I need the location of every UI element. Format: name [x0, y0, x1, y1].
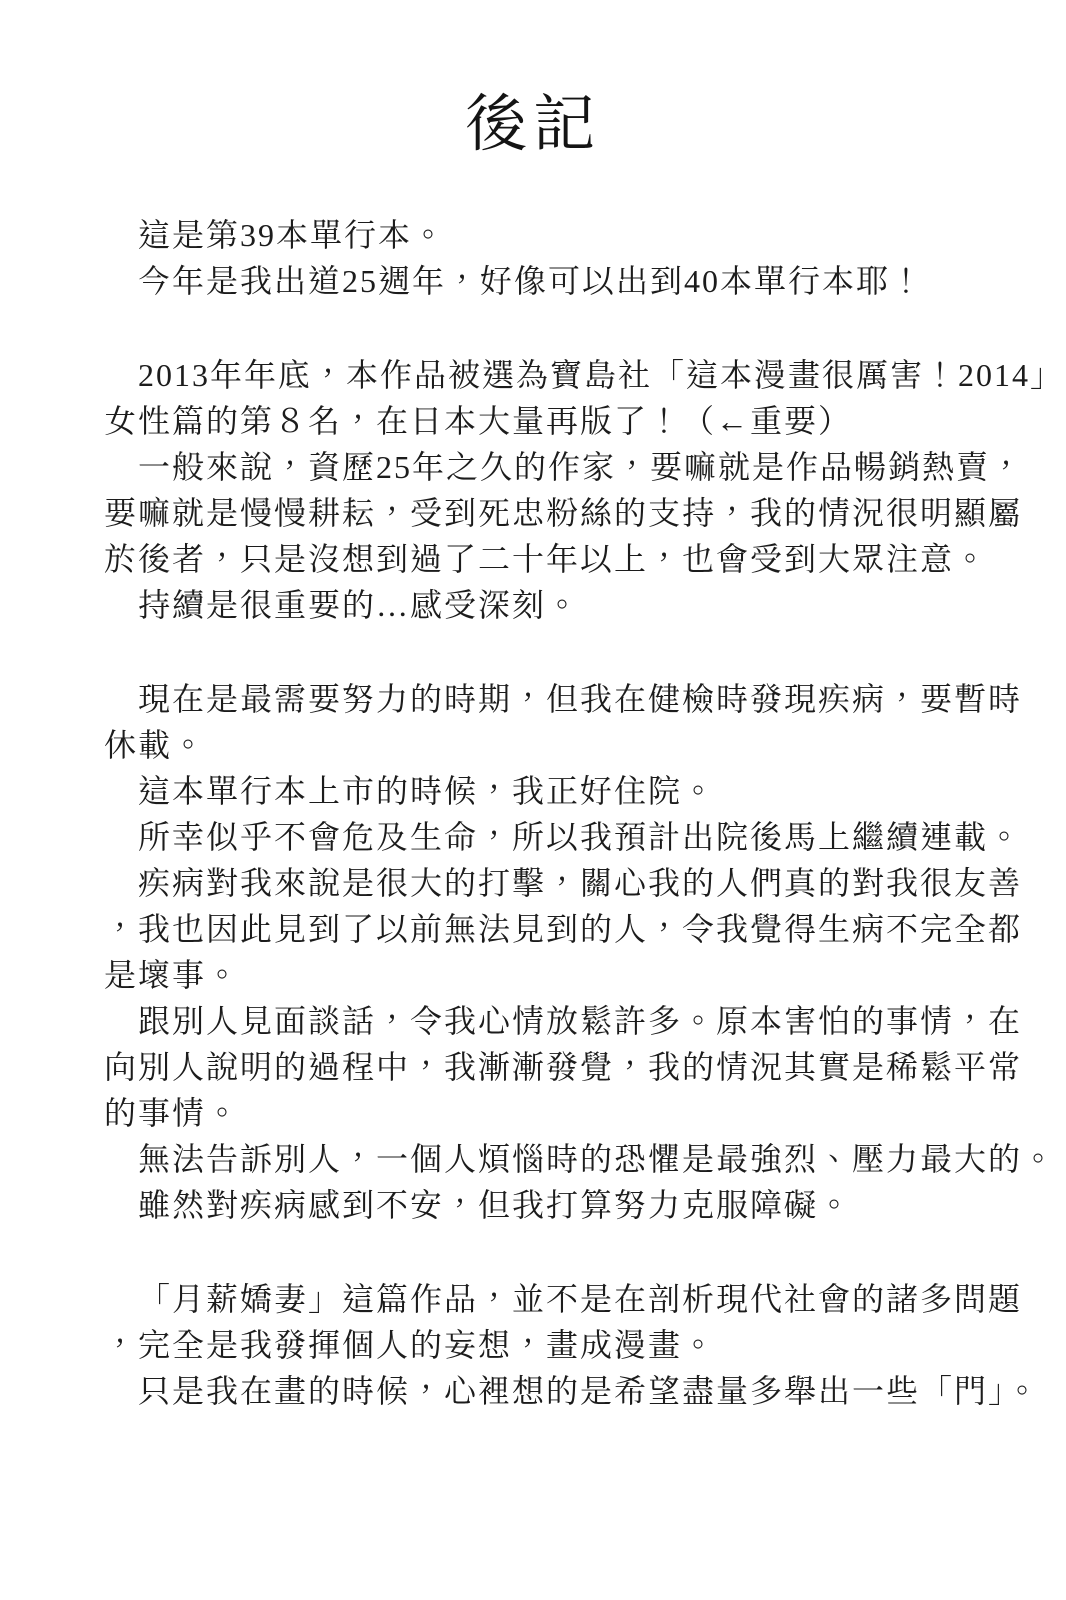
text-line: 這是第39本單行本。: [104, 212, 1030, 258]
text-line: 要嘛就是慢慢耕耘，受到死忠粉絲的支持，我的情況很明顯屬: [104, 490, 1030, 536]
text-line: 現在是最需要努力的時期，但我在健檢時發現疾病，要暫時: [104, 676, 1030, 722]
text-line: 疾病對我來說是很大的打擊，關心我的人們真的對我很友善: [104, 860, 1030, 906]
paragraph-block-2: 2013年年底，本作品被選為寶島社「這本漫畫很厲害！2014」 女性篇的第８名，…: [104, 352, 1030, 628]
text-line: 雖然對疾病感到不安，但我打算努力克服障礙。: [104, 1182, 1030, 1228]
text-line: 跟別人見面談話，令我心情放鬆許多。原本害怕的事情，在: [104, 998, 1030, 1044]
text-line: 休載。: [104, 722, 1030, 768]
text-line: 「月薪嬌妻」這篇作品，並不是在剖析現代社會的諸多問題: [104, 1276, 1030, 1322]
paragraph-block-1: 這是第39本單行本。 今年是我出道25週年，好像可以出到40本單行本耶！: [104, 212, 1030, 304]
text-line: 無法告訴別人，一個人煩惱時的恐懼是最強烈、壓力最大的。: [104, 1136, 1030, 1182]
text-line: 是壞事。: [104, 952, 1030, 998]
text-line: 今年是我出道25週年，好像可以出到40本單行本耶！: [104, 258, 1030, 304]
text-line: 只是我在畫的時候，心裡想的是希望盡量多舉出一些「門」。: [104, 1368, 1030, 1414]
text-line: 這本單行本上市的時候，我正好住院。: [104, 768, 1030, 814]
text-line: 向別人說明的過程中，我漸漸發覺，我的情況其實是稀鬆平常: [104, 1044, 1030, 1090]
paragraph-block-3: 現在是最需要努力的時期，但我在健檢時發現疾病，要暫時 休載。 這本單行本上市的時…: [104, 676, 1030, 1228]
book-page: 後記 這是第39本單行本。 今年是我出道25週年，好像可以出到40本單行本耶！ …: [0, 0, 1066, 1600]
text-line: 持續是很重要的…感受深刻。: [104, 582, 1030, 628]
page-title: 後記: [0, 86, 1066, 164]
text-line: 於後者，只是沒想到過了二十年以上，也會受到大眾注意。: [104, 536, 1030, 582]
text-line: 女性篇的第８名，在日本大量再版了！（←重要）: [104, 398, 1030, 444]
text-line: 2013年年底，本作品被選為寶島社「這本漫畫很厲害！2014」: [104, 352, 1030, 398]
text-line: ，完全是我發揮個人的妄想，畫成漫畫。: [104, 1322, 1030, 1368]
text-line: 一般來說，資歷25年之久的作家，要嘛就是作品暢銷熱賣，: [104, 444, 1030, 490]
text-line: ，我也因此見到了以前無法見到的人，令我覺得生病不完全都: [104, 906, 1030, 952]
text-line: 的事情。: [104, 1090, 1030, 1136]
text-line: 所幸似乎不會危及生命，所以我預計出院後馬上繼續連載。: [104, 814, 1030, 860]
afterword-text: 這是第39本單行本。 今年是我出道25週年，好像可以出到40本單行本耶！ 201…: [104, 212, 1030, 1414]
paragraph-block-4: 「月薪嬌妻」這篇作品，並不是在剖析現代社會的諸多問題 ，完全是我發揮個人的妄想，…: [104, 1276, 1030, 1414]
